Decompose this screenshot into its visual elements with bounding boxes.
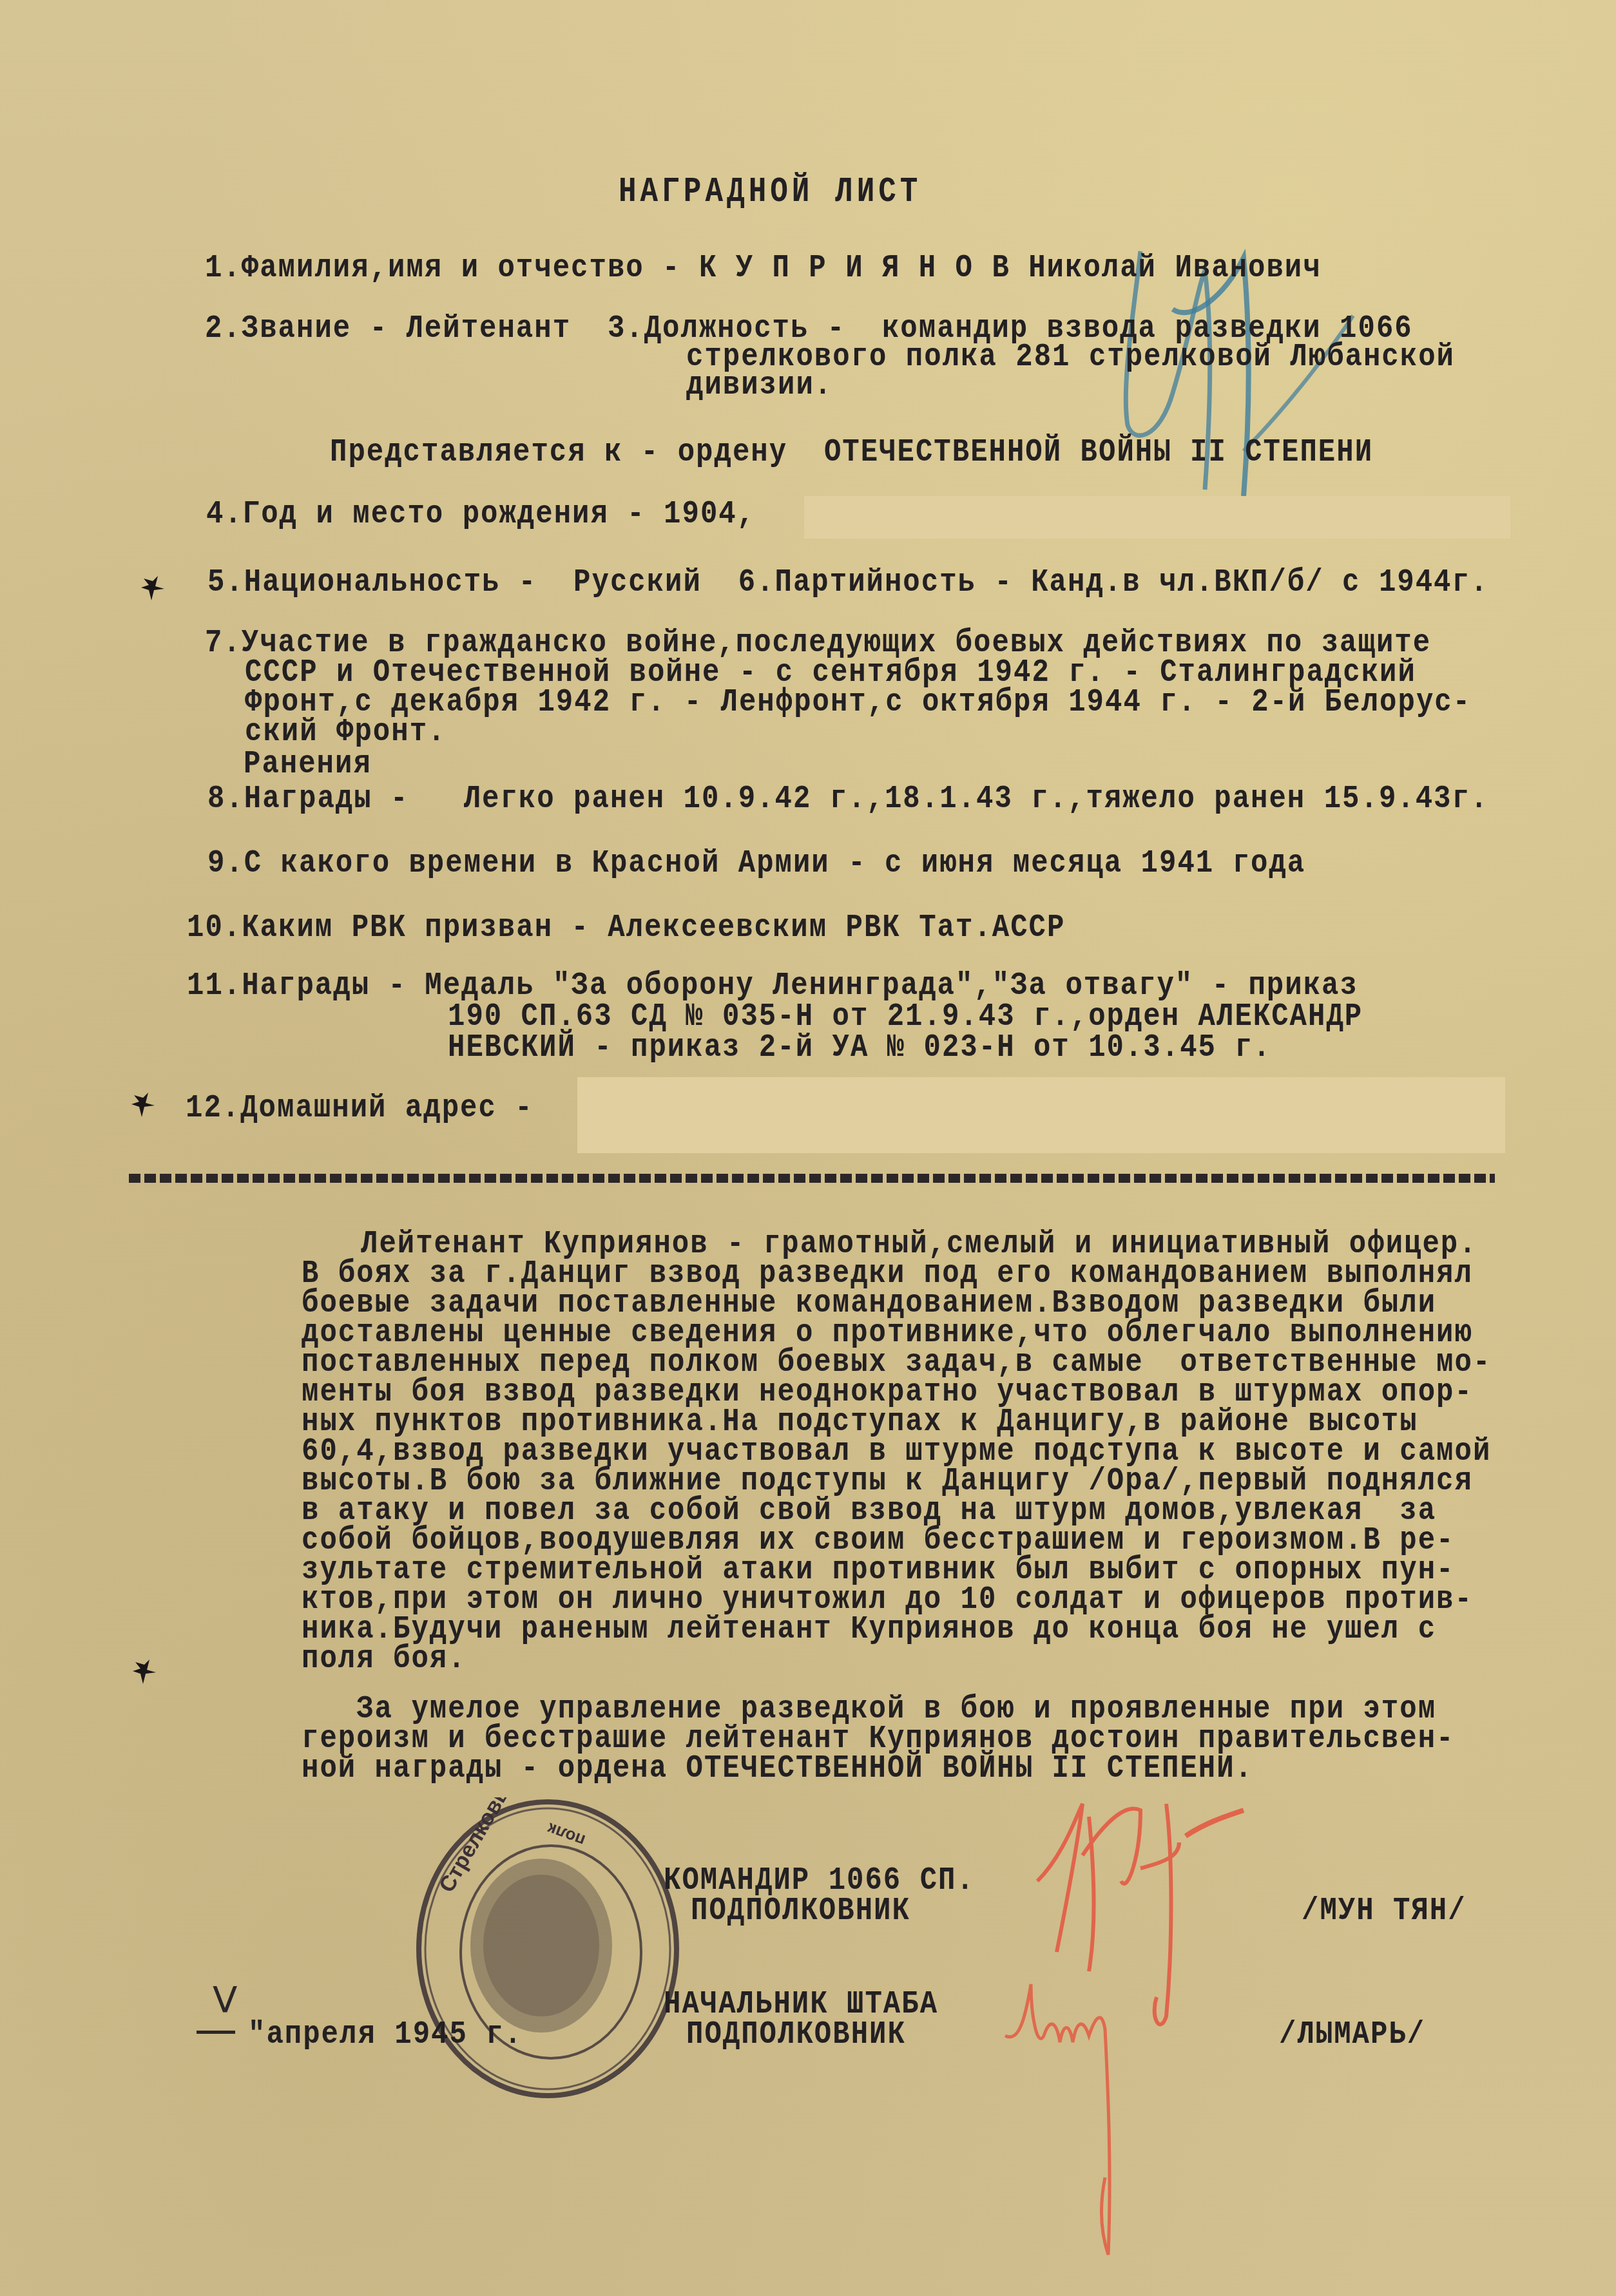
narrative-line: поля боя.: [302, 1642, 467, 1676]
field-conscription-office: 10.Каким РВК призван - Алексеевским РВК …: [187, 911, 1065, 945]
redaction-birthplace: [804, 496, 1510, 539]
narrative-line: ника.Будучи раненым лейтенант Куприянов …: [302, 1612, 1436, 1647]
field-full-name: 1.Фамилия,имя и отчество - К У П Р И Я Н…: [205, 251, 1322, 285]
binding-hole-icon: [130, 1656, 160, 1685]
commander-rank: ПОДПОЛКОВНИК: [691, 1894, 910, 1928]
field-birth: 4.Год и место рождения - 1904,: [206, 497, 755, 531]
binding-hole-icon: [129, 1089, 159, 1118]
award-sheet-page: НАГРАДНОЙ ЛИСТ 1.Фамилия,имя и отчество …: [0, 0, 1616, 2296]
separator-line: [129, 1174, 1495, 1183]
binding-hole-icon: [139, 572, 168, 602]
commander-name: /МУН ТЯН/: [1302, 1894, 1467, 1928]
date-day: V: [213, 1979, 237, 2021]
field-position-line3: дивизии.: [686, 368, 832, 403]
field-red-army-since: 9.С какого времени в Красной Армии - с и…: [207, 847, 1305, 881]
regiment-seal-stamp: Стрелковый полк: [412, 1797, 683, 2100]
field-awards-line3: НЕВСКИЙ - приказ 2-й УА № 023-Н от 10.3.…: [448, 1031, 1271, 1065]
page-title: НАГРАДНОЙ ЛИСТ: [619, 175, 921, 209]
field-war-participation-line4: ский Фронт.: [245, 715, 446, 749]
redaction-home-address: [577, 1077, 1505, 1153]
field-nationality-party: 5.Национальность - Русский 6.Партийность…: [207, 566, 1488, 600]
presented-for-award: Представляется к - ордену ОТЕЧЕСТВЕННОЙ …: [330, 435, 1373, 470]
field-home-address: 12.Домашний адрес -: [186, 1091, 534, 1125]
chief-of-staff-rank: ПОДПОЛКОВНИК: [686, 2018, 906, 2052]
date-underline: [197, 2031, 235, 2034]
date-rest: "апреля 1945 г.: [248, 2018, 523, 2052]
field-wounds-overtype: Ранения: [244, 747, 372, 781]
chief-of-staff-signature: [992, 1965, 1173, 2274]
chief-of-staff-name: /ЛЫМАРЬ/: [1279, 2018, 1425, 2052]
field-wounds: 8.Награды - Легко ранен 10.9.42 г.,18.1.…: [207, 782, 1488, 816]
